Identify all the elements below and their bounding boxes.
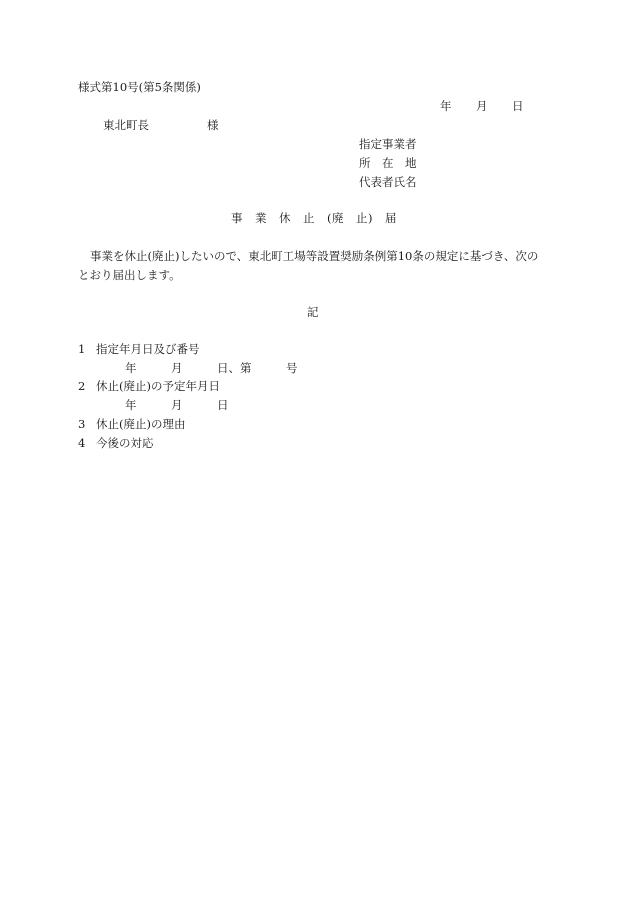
item-number: 2 <box>78 379 85 393</box>
form-label: 様式第10号(第5条関係) <box>78 80 201 94</box>
item-label: 休止(廃止)の予定年月日 <box>96 379 220 393</box>
item-number: 3 <box>78 417 85 431</box>
body-line-2: とおり届出します。 <box>78 268 181 282</box>
address-label: 所 在 地 <box>359 156 417 170</box>
representative-label: 代表者氏名 <box>359 175 417 189</box>
ki-heading: 記 <box>307 305 319 319</box>
date-day-label: 日 <box>512 99 524 113</box>
body-line-1: 事業を休止(廃止)したいので、東北町工場等設置奨励条例第10条の規定に基づき、次… <box>90 249 538 263</box>
item-label: 休止(廃止)の理由 <box>96 417 185 431</box>
date-month-label: 月 <box>476 99 488 113</box>
item-label: 今後の対応 <box>96 436 154 450</box>
item-number: 1 <box>78 342 85 356</box>
addressee-honorific: 様 <box>207 118 219 132</box>
item-sub-line: 年 月 日 <box>125 398 229 412</box>
item-sub-line: 年 月 日、第 号 <box>125 361 298 375</box>
item-label: 指定年月日及び番号 <box>96 342 200 356</box>
designated-business-label: 指定事業者 <box>359 137 417 151</box>
date-year-label: 年 <box>440 99 452 113</box>
item-number: 4 <box>78 436 85 450</box>
document-title: 事 業 休 止 (廃 止) 届 <box>231 211 397 225</box>
addressee-name: 東北町長 <box>103 118 149 132</box>
